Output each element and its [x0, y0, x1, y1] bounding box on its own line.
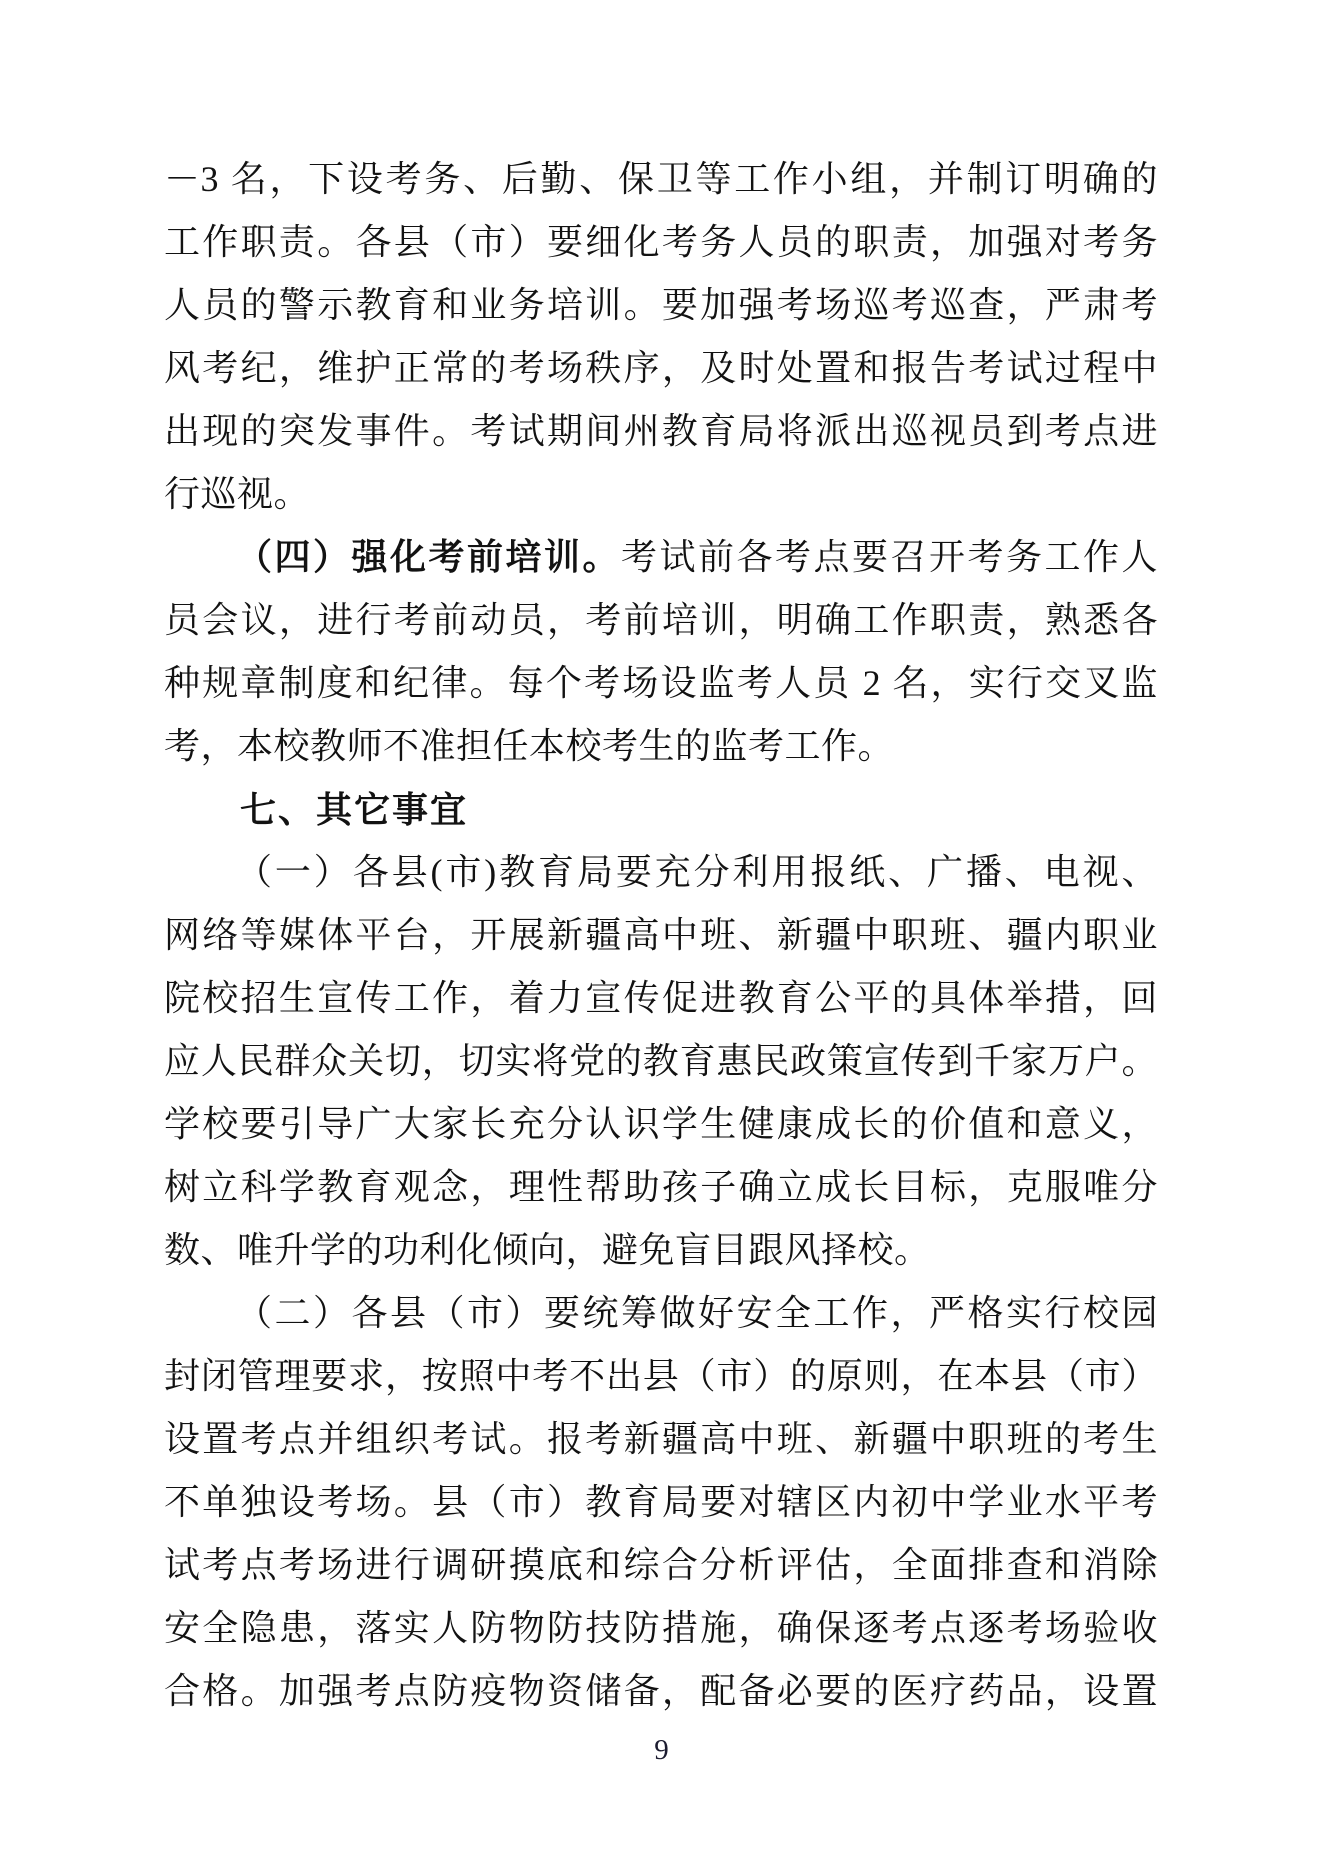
text-run: 人员的警示教育和业务培训。要加强考场巡考巡查，严肃考 — [164, 285, 1158, 325]
text-line: （四）强化考前培训。考试前各考点要召开考务工作人 — [164, 526, 1158, 589]
text-line: （二）各县（市）要统筹做好安全工作，严格实行校园 — [164, 1282, 1158, 1345]
text-run: 试考点考场进行调研摸底和综合分析评估，全面排查和消除 — [164, 1545, 1158, 1585]
text-line: 风考纪，维护正常的考场秩序，及时处置和报告考试过程中 — [164, 337, 1158, 400]
text-line: 出现的突发事件。考试期间州教育局将派出巡视员到考点进 — [164, 400, 1158, 463]
text-run: 考，本校教师不准担任本校考生的监考工作。 — [164, 726, 894, 766]
text-line: 员会议，进行考前动员，考前培训，明确工作职责，熟悉各 — [164, 589, 1158, 652]
text-run: 种规章制度和纪律。每个考场设监考人员 2 名，实行交叉监 — [164, 663, 1158, 703]
text-run: （二）各县（市）要统筹做好安全工作，严格实行校园 — [236, 1293, 1158, 1333]
paragraph-continuation-exam-groups: －3 名，下设考务、后勤、保卫等工作小组，并制订明确的工作职责。各县（市）要细化… — [164, 148, 1158, 526]
document-body-text: －3 名，下设考务、后勤、保卫等工作小组，并制订明确的工作职责。各县（市）要细化… — [164, 148, 1158, 1723]
text-run: 院校招生宣传工作，着力宣传促进教育公平的具体举措，回 — [164, 978, 1158, 1018]
text-run: 安全隐患，落实人防物防技防措施，确保逐考点逐考场验收 — [164, 1608, 1158, 1648]
section-heading: 七、其它事宜 — [164, 778, 1158, 841]
text-line: 树立科学教育观念，理性帮助孩子确立成长目标，克服唯分 — [164, 1156, 1158, 1219]
text-run: （一）各县(市)教育局要充分利用报纸、广播、电视、 — [236, 852, 1158, 892]
text-run: 网络等媒体平台，开展新疆高中班、新疆中职班、疆内职业 — [164, 915, 1158, 955]
text-run: 行巡视。 — [164, 474, 310, 514]
text-line: 行巡视。 — [164, 463, 1158, 526]
document-page: －3 名，下设考务、后勤、保卫等工作小组，并制订明确的工作职责。各县（市）要细化… — [0, 0, 1323, 1871]
text-run: 考试前各考点要召开考务工作人 — [621, 537, 1158, 577]
bold-run: （四）强化考前培训。 — [236, 537, 621, 577]
text-run: 风考纪，维护正常的考场秩序，及时处置和报告考试过程中 — [164, 348, 1158, 388]
text-line: （一）各县(市)教育局要充分利用报纸、广播、电视、 — [164, 841, 1158, 904]
text-line: 学校要引导广大家长充分认识学生健康成长的价值和意义， — [164, 1093, 1158, 1156]
paragraph-2-safety: （二）各县（市）要统筹做好安全工作，严格实行校园封闭管理要求，按照中考不出县（市… — [164, 1282, 1158, 1723]
text-line: 种规章制度和纪律。每个考场设监考人员 2 名，实行交叉监 — [164, 652, 1158, 715]
paragraph-4-pre-exam-training: （四）强化考前培训。考试前各考点要召开考务工作人员会议，进行考前动员，考前培训，… — [164, 526, 1158, 778]
text-line: 工作职责。各县（市）要细化考务人员的职责，加强对考务 — [164, 211, 1158, 274]
paragraph-1-publicity: （一）各县(市)教育局要充分利用报纸、广播、电视、网络等媒体平台，开展新疆高中班… — [164, 841, 1158, 1282]
text-line: 考，本校教师不准担任本校考生的监考工作。 — [164, 715, 1158, 778]
text-line: 应人民群众关切，切实将党的教育惠民政策宣传到千家万户。 — [164, 1030, 1158, 1093]
text-line: 试考点考场进行调研摸底和综合分析评估，全面排查和消除 — [164, 1534, 1158, 1597]
text-line: 院校招生宣传工作，着力宣传促进教育公平的具体举措，回 — [164, 967, 1158, 1030]
bold-run: 七、其它事宜 — [240, 789, 468, 830]
heading-section-7-other-matters: 七、其它事宜 — [164, 778, 1158, 841]
text-line: 设置考点并组织考试。报考新疆高中班、新疆中职班的考生 — [164, 1408, 1158, 1471]
text-line: 合格。加强考点防疫物资储备，配备必要的医疗药品，设置 — [164, 1660, 1158, 1723]
page-number: 9 — [0, 1733, 1323, 1767]
text-line: 数、唯升学的功利化倾向，避免盲目跟风择校。 — [164, 1219, 1158, 1282]
text-run: 树立科学教育观念，理性帮助孩子确立成长目标，克服唯分 — [164, 1167, 1158, 1207]
text-line: 封闭管理要求，按照中考不出县（市）的原则，在本县（市） — [164, 1345, 1158, 1408]
text-run: －3 名，下设考务、后勤、保卫等工作小组，并制订明确的 — [164, 159, 1158, 199]
text-line: 安全隐患，落实人防物防技防措施，确保逐考点逐考场验收 — [164, 1597, 1158, 1660]
text-run: 合格。加强考点防疫物资储备，配备必要的医疗药品，设置 — [164, 1671, 1158, 1711]
text-line: 网络等媒体平台，开展新疆高中班、新疆中职班、疆内职业 — [164, 904, 1158, 967]
text-run: 数、唯升学的功利化倾向，避免盲目跟风择校。 — [164, 1230, 931, 1270]
text-run: 应人民群众关切，切实将党的教育惠民政策宣传到千家万户。 — [164, 1041, 1158, 1081]
text-run: 出现的突发事件。考试期间州教育局将派出巡视员到考点进 — [164, 411, 1158, 451]
text-run: 员会议，进行考前动员，考前培训，明确工作职责，熟悉各 — [164, 600, 1158, 640]
text-run: 工作职责。各县（市）要细化考务人员的职责，加强对考务 — [164, 222, 1158, 262]
text-run: 封闭管理要求，按照中考不出县（市）的原则，在本县（市） — [164, 1356, 1158, 1396]
text-line: 不单独设考场。县（市）教育局要对辖区内初中学业水平考 — [164, 1471, 1158, 1534]
text-run: 不单独设考场。县（市）教育局要对辖区内初中学业水平考 — [164, 1482, 1158, 1522]
text-run: 设置考点并组织考试。报考新疆高中班、新疆中职班的考生 — [164, 1419, 1158, 1459]
text-run: 学校要引导广大家长充分认识学生健康成长的价值和意义， — [164, 1104, 1158, 1144]
text-line: 人员的警示教育和业务培训。要加强考场巡考巡查，严肃考 — [164, 274, 1158, 337]
text-line: －3 名，下设考务、后勤、保卫等工作小组，并制订明确的 — [164, 148, 1158, 211]
